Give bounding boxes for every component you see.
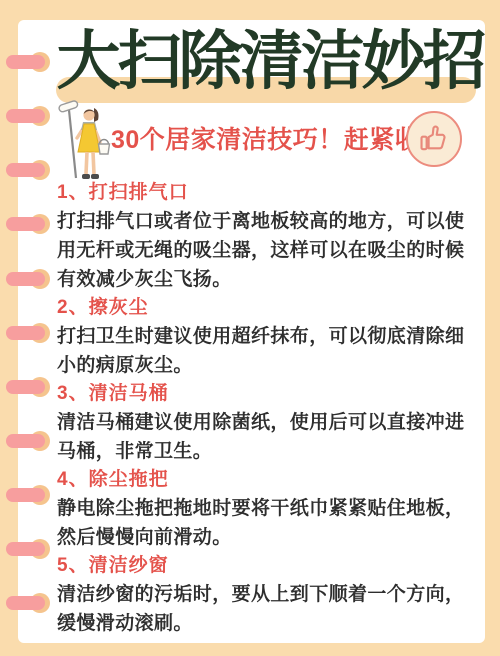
binder-pill-shape — [6, 109, 45, 123]
cleaning-woman-illustration — [56, 100, 114, 184]
binder-pill-icon — [0, 377, 52, 397]
tip-body: 静电除尘拖把拖地时要将干纸巾紧紧贴住地板， 然后慢慢向前滑动。 — [57, 494, 475, 552]
tip-body: 清洁纱窗的污垢时，要从上到下顺着一个方向， 缓慢滑动滚刷。 — [57, 580, 475, 638]
tip-heading: 1、打扫排气口 — [57, 179, 475, 207]
binder-pill-shape — [6, 542, 45, 556]
binder-pill-icon — [0, 214, 52, 234]
binder-pill-icon — [0, 106, 52, 126]
binder-pill-icon — [0, 539, 52, 559]
tip-heading: 2、擦灰尘 — [57, 294, 475, 322]
tip-section: 4、除尘拖把 静电除尘拖把拖地时要将干纸巾紧紧贴住地板， 然后慢慢向前滑动。 — [57, 466, 475, 552]
page-title: 大扫除清洁妙招 — [54, 24, 486, 98]
binder-pill-shape — [6, 326, 45, 340]
binder-pill-icon — [0, 269, 52, 289]
thumbs-up-icon — [417, 122, 451, 156]
binder-pill-icon — [0, 485, 52, 505]
tip-body: 清洁马桶建议使用除菌纸，使用后可以直接冲进 马桶，非常卫生。 — [57, 408, 475, 466]
binder-pill-icon — [0, 52, 52, 72]
binder-pill-shape — [6, 488, 45, 502]
binder-pill-shape — [6, 380, 45, 394]
binder-pill-shape — [6, 596, 45, 610]
tip-body: 打扫排气口或者位于离地板较高的地方，可以使 用无杆或无绳的吸尘器，这样可以在吸尘… — [57, 207, 475, 294]
tip-section: 1、打扫排气口 打扫排气口或者位于离地板较高的地方，可以使 用无杆或无绳的吸尘器… — [57, 179, 475, 294]
tips-list: 1、打扫排气口 打扫排气口或者位于离地板较高的地方，可以使 用无杆或无绳的吸尘器… — [57, 179, 475, 638]
binder-pill-icon — [0, 160, 52, 180]
thumbs-up-badge — [406, 111, 462, 167]
tip-heading: 5、清洁纱窗 — [57, 552, 475, 580]
tip-section: 3、清洁马桶 清洁马桶建议使用除菌纸，使用后可以直接冲进 马桶，非常卫生。 — [57, 380, 475, 466]
subtitle: 30个居家清洁技巧！赶紧收藏 — [111, 125, 411, 155]
binder-pill-icon — [0, 593, 52, 613]
binder-pill-shape — [6, 55, 45, 69]
tip-heading: 4、除尘拖把 — [57, 466, 475, 494]
tip-section: 5、清洁纱窗 清洁纱窗的污垢时，要从上到下顺着一个方向， 缓慢滑动滚刷。 — [57, 552, 475, 638]
binder-pill-icon — [0, 323, 52, 343]
binder-pill-shape — [6, 272, 45, 286]
tip-section: 2、擦灰尘 打扫卫生时建议使用超纤抹布，可以彻底清除细 小的病原灰尘。 — [57, 294, 475, 380]
binder-pill-shape — [6, 163, 45, 177]
binder-pill-shape — [6, 434, 45, 448]
binder-pill-icon — [0, 431, 52, 451]
binder-pill-shape — [6, 217, 45, 231]
tip-body: 打扫卫生时建议使用超纤抹布，可以彻底清除细 小的病原灰尘。 — [57, 322, 475, 380]
tip-heading: 3、清洁马桶 — [57, 380, 475, 408]
